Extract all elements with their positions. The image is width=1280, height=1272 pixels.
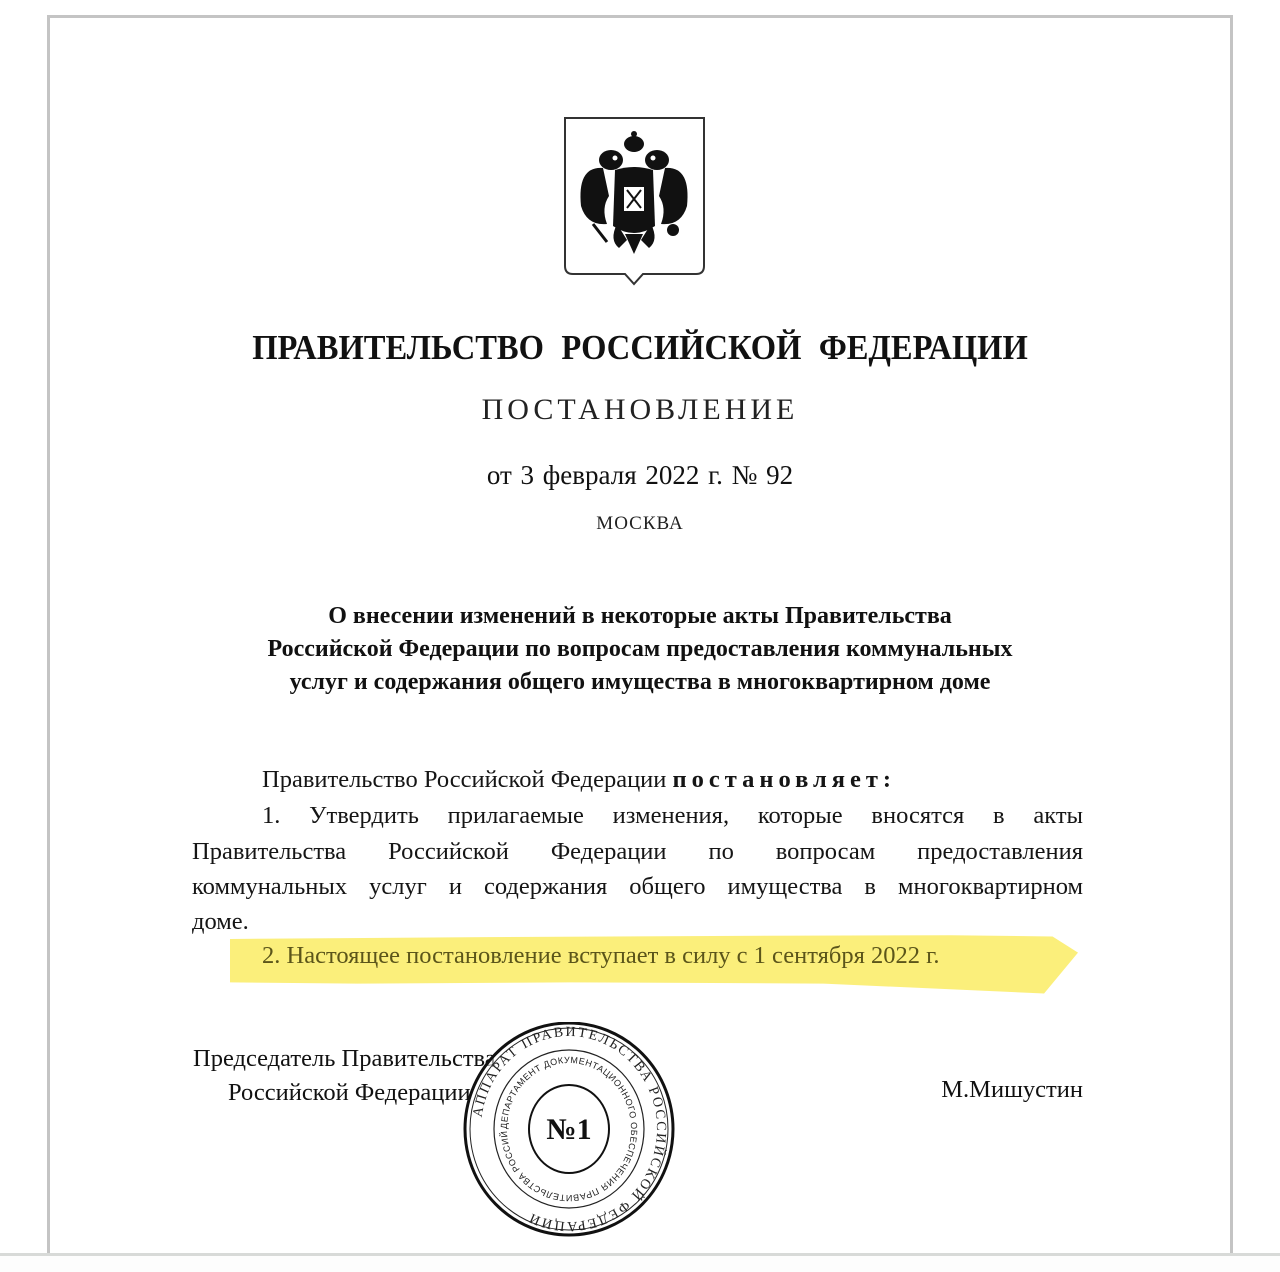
item-1-line: 1. Утвердить прилагаемые изменения, кото… <box>262 798 1083 834</box>
signatory-title: Председатель Правительства Российской Фе… <box>193 1042 496 1110</box>
russian-coat-of-arms-icon <box>563 116 706 288</box>
document-date-number: от 3 февраля 2022 г. № 92 <box>0 460 1280 491</box>
item-1-text: доме. <box>192 904 1083 940</box>
document-type: ПОСТАНОВЛЕНИЕ <box>0 393 1280 427</box>
item-1-text: 1. Утвердить прилагаемые изменения, кото… <box>262 798 1083 834</box>
item-1-text: коммунальных услуг и содержания общего и… <box>192 869 1083 905</box>
issuer-title: ПРАВИТЕЛЬСТВО РОССИЙСКОЙ ФЕДЕРАЦИИ <box>45 328 1235 368</box>
item-1-line: коммунальных услуг и содержания общего и… <box>192 869 1083 905</box>
item-1-text: Правительства Российской Федерации по во… <box>192 834 1083 870</box>
item-1-line: Правительства Российской Федерации по во… <box>192 834 1083 870</box>
viewer-bottom-edge <box>0 1253 1280 1272</box>
subject-line: О внесении изменений в некоторые акты Пр… <box>190 600 1090 633</box>
signatory-title-line: Председатель Правительства <box>193 1042 496 1076</box>
intro-prefix: Правительство Российской Федерации <box>262 766 666 793</box>
document-city: МОСКВА <box>0 513 1280 535</box>
document-subject: О внесении изменений в некоторые акты Пр… <box>190 600 1090 699</box>
subject-line: Российской Федерации по вопросам предост… <box>190 633 1090 666</box>
signatory-name: М.Мишустин <box>941 1076 1083 1104</box>
signatory-title-line: Российской Федерации <box>193 1076 496 1110</box>
intro-verb: постановляет: <box>673 766 897 793</box>
resolution-intro: Правительство Российской Федерации поста… <box>262 762 896 798</box>
official-seal-icon: АППАРАТ ПРАВИТЕЛЬСТВА РОССИЙСКОЙ ФЕДЕРАЦ… <box>462 1022 677 1237</box>
item-2-highlighted: 2. Настоящее постановление вступает в си… <box>262 938 940 973</box>
subject-line: услуг и содержания общего имущества в мн… <box>190 666 1090 699</box>
item-1-line: доме. <box>192 904 1083 940</box>
seal-number: №1 <box>546 1113 591 1146</box>
